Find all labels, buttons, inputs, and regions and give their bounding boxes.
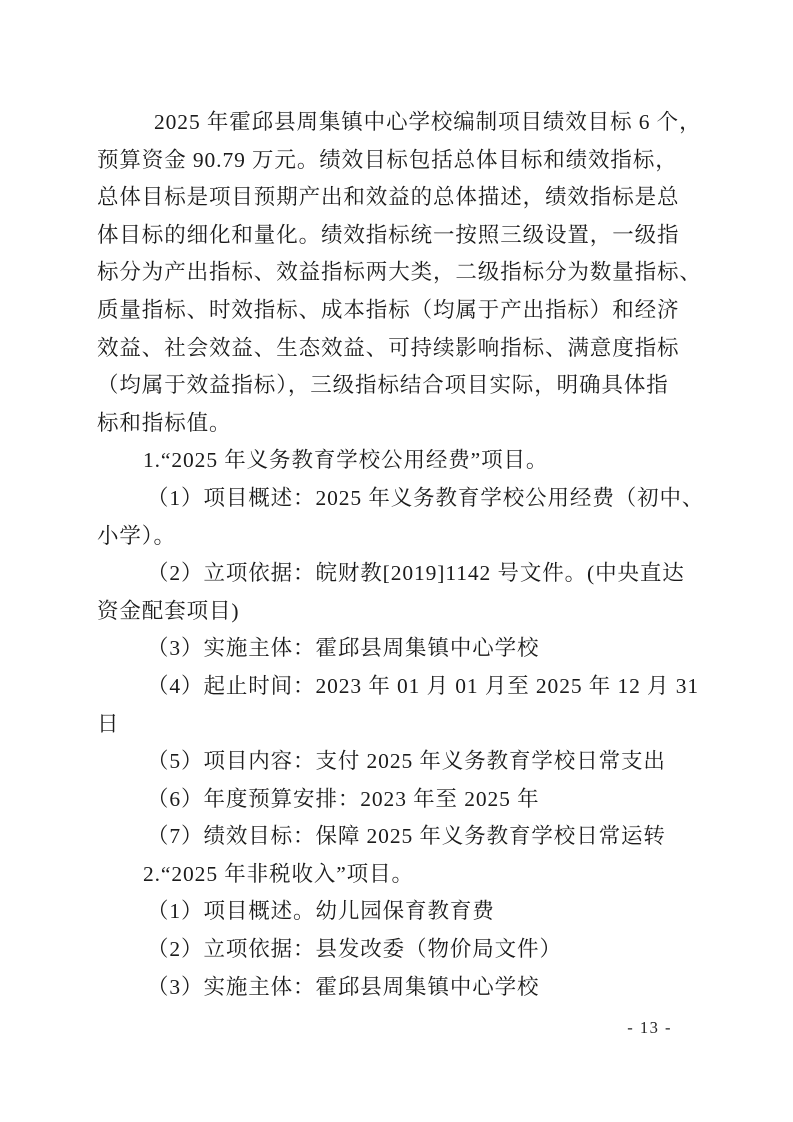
document-line: （均属于效益指标），三级指标结合项目实际，明确具体指	[97, 367, 705, 405]
document-line: 2025 年霍邱县周集镇中心学校编制项目绩效目标 6 个，	[97, 104, 705, 142]
document-line: （7）绩效目标：保障 2025 年义务教育学校日常运转	[97, 818, 705, 856]
document-body: 2025 年霍邱县周集镇中心学校编制项目绩效目标 6 个， 预算资金 90.79…	[97, 104, 705, 1006]
document-line: （2）立项依据：皖财教[2019]1142 号文件。(中央直达	[97, 555, 705, 593]
document-line: 预算资金 90.79 万元。绩效目标包括总体目标和绩效指标，	[97, 142, 705, 180]
document-line: （2）立项依据：县发改委（物价局文件）	[97, 931, 705, 969]
document-line: 效益、社会效益、生态效益、可持续影响指标、满意度指标	[97, 330, 705, 368]
document-line: 标和指标值。	[97, 405, 705, 443]
document-line: 小学）。	[97, 518, 705, 556]
document-line-project-2-heading: 2.“2025 年非税收入”项目。	[97, 856, 705, 894]
page-number: - 13 -	[627, 1017, 672, 1039]
document-line-project-1-heading: 1.“2025 年义务教育学校公用经费”项目。	[97, 442, 705, 480]
document-line: （5）项目内容：支付 2025 年义务教育学校日常支出	[97, 743, 705, 781]
document-line: （3）实施主体：霍邱县周集镇中心学校	[97, 969, 705, 1007]
document-line: 总体目标是项目预期产出和效益的总体描述，绩效指标是总	[97, 179, 705, 217]
document-line: 质量指标、时效指标、成本指标（均属于产出指标）和经济	[97, 292, 705, 330]
document-line: （1）项目概述。幼儿园保育教育费	[97, 893, 705, 931]
document-line: 资金配套项目)	[97, 593, 705, 631]
document-line: （6）年度预算安排：2023 年至 2025 年	[97, 781, 705, 819]
document-line: 体目标的细化和量化。绩效指标统一按照三级设置，一级指	[97, 217, 705, 255]
document-line: 日	[97, 706, 705, 744]
document-line: （1）项目概述：2025 年义务教育学校公用经费（初中、	[97, 480, 705, 518]
document-line: （4）起止时间：2023 年 01 月 01 月至 2025 年 12 月 31	[97, 668, 705, 706]
document-line: （3）实施主体：霍邱县周集镇中心学校	[97, 630, 705, 668]
document-line: 标分为产出指标、效益指标两大类，二级指标分为数量指标、	[97, 254, 705, 292]
document-page: 2025 年霍邱县周集镇中心学校编制项目绩效目标 6 个， 预算资金 90.79…	[0, 0, 793, 1122]
